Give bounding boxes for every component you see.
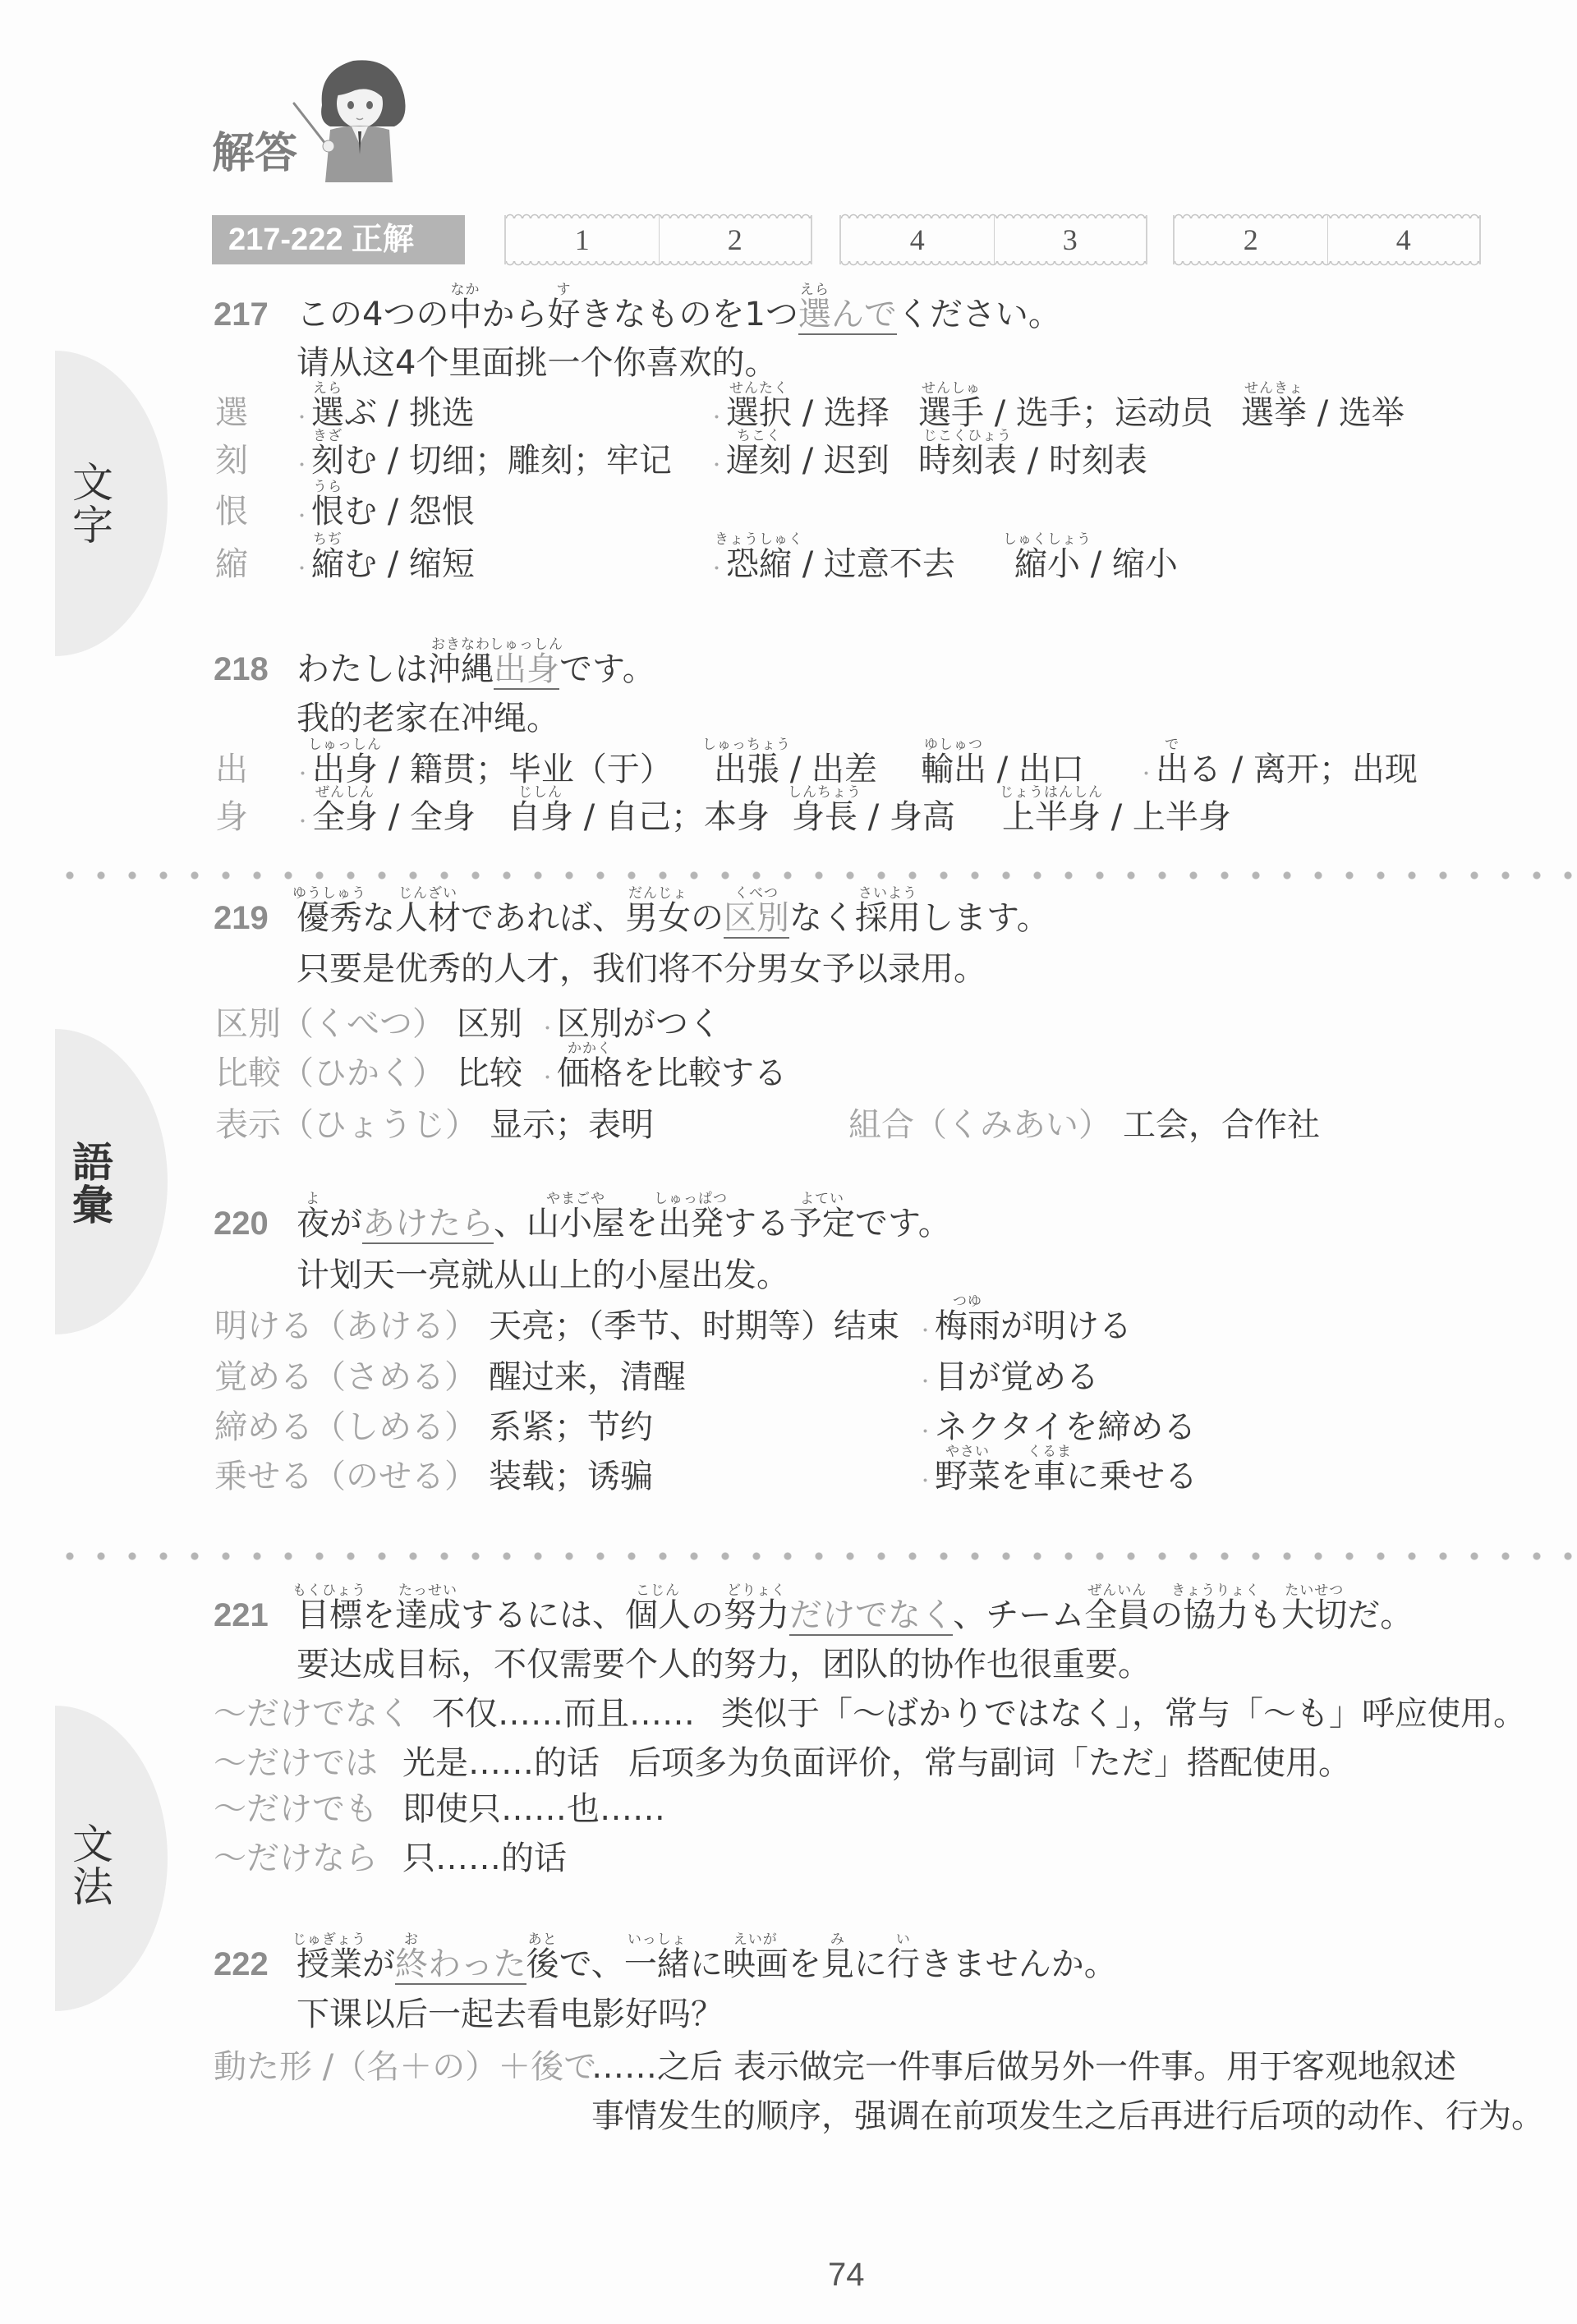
bullet: ・ xyxy=(292,446,311,487)
ruby-word: お終 xyxy=(395,1944,428,1985)
ruby-word: くるま車 xyxy=(1033,1456,1066,1497)
translation-text: 我的老家在冲绳。 xyxy=(297,700,559,737)
ruby-base: 夜 xyxy=(297,1205,329,1242)
ruby-base: 出発 xyxy=(658,1205,724,1242)
answer-cell-221: 2 xyxy=(1175,215,1327,264)
ruby-word: しんちょう身長 xyxy=(792,797,857,838)
side-tab-goi: 語彙 xyxy=(55,1029,168,1334)
furigana: たっせい xyxy=(398,1584,457,1598)
text-segment: を比較する xyxy=(623,1054,787,1092)
furigana: しゅっぱつ xyxy=(654,1192,728,1206)
grammar-meaning-text: ……之后 xyxy=(591,2048,723,2086)
vocab-item: ・で出る / 离开；出现 xyxy=(1137,749,1418,790)
furigana: しゅっしん xyxy=(308,738,382,752)
text-segment: を xyxy=(625,1205,658,1242)
ruby-base: 時刻表 xyxy=(918,442,1017,480)
ruby-word: じんざい人材 xyxy=(395,898,461,939)
text-segment: の xyxy=(691,899,724,937)
furigana: あと xyxy=(528,1933,558,1947)
grammar-meaning: 光是……的话 xyxy=(402,1743,600,1784)
furigana: こじん xyxy=(636,1584,680,1598)
furigana: かかく xyxy=(568,1042,612,1056)
ruby-base: 好 xyxy=(547,296,580,333)
ruby-word: きざ刻 xyxy=(311,440,344,481)
meaning: / 身高 xyxy=(857,798,955,836)
furigana: なか xyxy=(450,283,480,297)
furigana: じこくひょう xyxy=(923,429,1012,443)
text-segment: 、 xyxy=(494,1205,526,1242)
text-segment: します。 xyxy=(921,899,1050,937)
furigana: いっしょ xyxy=(628,1933,687,1947)
question-sentence: わたしはおきなわ沖縄しゅっしん出身です。 xyxy=(297,649,655,690)
grammar-pattern: ～だけでなく xyxy=(214,1693,411,1734)
vocab-meaning: 醒过来，清醒 xyxy=(489,1358,686,1396)
ruby-base: 梅雨 xyxy=(935,1307,1000,1345)
grammar-pattern: ～だけでも xyxy=(214,1789,378,1830)
meaning: / 离开；出现 xyxy=(1221,751,1418,788)
meaning: / 自己；本身 xyxy=(573,798,770,836)
hand xyxy=(323,140,334,152)
ruby-word: たっせい達成 xyxy=(395,1595,461,1636)
text-segment: な xyxy=(362,899,395,937)
ruby-word: じこくひょう時刻表 xyxy=(918,440,1017,481)
text-segment: きませんか。 xyxy=(920,1945,1117,1983)
underlined-answer: しゅっしん出身 xyxy=(494,650,559,690)
grammar-pattern-text: ～だけでなく xyxy=(214,1695,411,1733)
ruby-base: 選手 xyxy=(918,394,984,432)
vocab-item: じょうはんしん上半身 / 上半身 xyxy=(1002,797,1231,838)
text-segment: だけでなく xyxy=(789,1596,953,1634)
ruby-base: 遅刻 xyxy=(726,442,792,480)
furigana: す xyxy=(556,283,571,297)
grammar-note-text: 类似于「～ばかりではなく」，常与「～も」呼应使用。 xyxy=(721,1695,1526,1733)
furigana: お xyxy=(404,1933,419,1947)
ruby-word: やまごや山小屋 xyxy=(526,1203,625,1244)
bullet: ・ xyxy=(707,549,726,590)
vocab-term: 締める（しめる） xyxy=(214,1408,477,1446)
eye-left xyxy=(347,101,354,109)
text-segment: を xyxy=(1000,1458,1033,1495)
ruby-word: どりょく努力 xyxy=(724,1595,789,1636)
vocab-item: ・うら恨む / 怨恨 xyxy=(292,491,475,532)
kanji-label: 選 xyxy=(215,393,248,434)
answer-cell-220: 3 xyxy=(994,215,1147,264)
text-segment: も xyxy=(1248,1596,1281,1634)
ruby-base: 車 xyxy=(1033,1458,1066,1495)
ruby-base: 終 xyxy=(395,1945,428,1983)
ruby-word: さいよう採用 xyxy=(855,898,921,939)
furigana: しゅっちょう xyxy=(702,738,791,752)
text-segment: に乗せる xyxy=(1066,1458,1198,1495)
meaning: / 怨恨 xyxy=(377,493,475,530)
text-segment: を xyxy=(788,1945,821,1983)
ruby-base: 映画 xyxy=(723,1945,788,1983)
ruby-base: 野菜 xyxy=(935,1458,1000,1495)
ruby-base: 自身 xyxy=(508,798,573,836)
vocab-term: 比較（ひかく） xyxy=(215,1054,445,1092)
meaning: / 挑选 xyxy=(377,394,475,432)
ruby-base: 出身 xyxy=(312,751,378,788)
ruby-word: じょうはんしん上半身 xyxy=(1002,797,1101,838)
vocab-term: 組合（くみあい） xyxy=(848,1106,1111,1144)
vocab-example: ・かかく価格を比較する xyxy=(538,1053,787,1094)
meaning: / 选择 xyxy=(792,394,890,432)
ruby-base: 選挙 xyxy=(1241,394,1307,432)
bullet: ・ xyxy=(292,398,311,439)
furigana: ぜんいん xyxy=(1087,1584,1147,1598)
vocab-item: じこくひょう時刻表 / 时刻表 xyxy=(918,440,1147,481)
vocab-entry: 表示（ひょうじ）显示；表明 xyxy=(215,1105,654,1146)
ruby-base: 全身 xyxy=(312,798,378,836)
meaning: / 选手；运动员 xyxy=(984,394,1213,432)
underlined-answer: えら選んで xyxy=(798,296,897,335)
text-segment: だ。 xyxy=(1347,1596,1413,1634)
vocab-term: 明ける（あける） xyxy=(214,1307,477,1345)
ruby-base: 協力 xyxy=(1183,1596,1248,1634)
translation: 只要是优秀的人才，我们将不分男女予以录用。 xyxy=(297,948,986,990)
furigana: さいよう xyxy=(858,887,917,901)
bullet: ・ xyxy=(916,1412,935,1454)
ruby-base: 出身 xyxy=(494,650,559,688)
vocab-example: ・ネクタイを締める xyxy=(916,1407,1196,1448)
vocab-entry: 区別（くべつ）区别 xyxy=(215,1004,522,1045)
vocab-meaning: 工会，合作社 xyxy=(1123,1106,1320,1144)
vocab-item: ・ちぢ縮む / 缩短 xyxy=(292,544,475,585)
furigana: どりょく xyxy=(727,1584,786,1598)
vocab-meaning: 天亮；（季节、时期等）结束 xyxy=(489,1307,899,1345)
ruby-word: で出 xyxy=(1156,749,1188,790)
bullet: ・ xyxy=(293,802,312,843)
okurigana: む xyxy=(344,545,377,583)
vocab-meaning: 比较 xyxy=(457,1054,522,1092)
ruby-base: 予定 xyxy=(789,1205,855,1242)
ruby-base: 区別 xyxy=(724,899,789,937)
ruby-word: す好 xyxy=(547,294,580,335)
furigana: しゅっしん xyxy=(490,638,563,652)
vocab-term: 表示（ひょうじ） xyxy=(215,1106,478,1144)
vocab-item: ・きざ刻む / 切细；雕刻；牢记 xyxy=(292,440,672,481)
text-segment: なく xyxy=(789,899,855,937)
grammar-pattern: ～だけなら xyxy=(214,1838,378,1879)
grammar-pattern: ～だけでは xyxy=(214,1743,378,1784)
question-sentence: よ夜があけたら、やまごや山小屋をしゅっぱつ出発するよてい予定です。 xyxy=(297,1203,951,1244)
furigana: ゆしゅつ xyxy=(924,738,983,752)
ruby-base: 採用 xyxy=(855,899,921,937)
vocab-meaning: 显示；表明 xyxy=(490,1106,654,1144)
ruby-base: 個人 xyxy=(625,1596,691,1634)
ruby-word: かかく価格 xyxy=(557,1053,623,1094)
vocab-entry: 明ける（あける）天亮；（季节、时期等）结束 xyxy=(214,1306,899,1347)
grammar-note: 事情发生的顺序，强调在前项发生之后再进行后项的动作、行为。 xyxy=(591,2096,1544,2137)
furigana: じょうはんしん xyxy=(1000,786,1103,800)
ruby-word: ゆうしゅう優秀 xyxy=(297,898,362,939)
text-segment: わたしは xyxy=(297,650,428,688)
meaning: / 切细；雕刻；牢记 xyxy=(377,442,672,480)
vocab-item: しんちょう身長 / 身高 xyxy=(792,797,955,838)
furigana: えら xyxy=(800,283,830,297)
ruby-base: 刻 xyxy=(311,442,344,480)
ruby-base: 男女 xyxy=(625,899,691,937)
furigana: もくひょう xyxy=(292,1584,366,1598)
meaning: / 出口 xyxy=(986,751,1084,788)
translation-text: 计划天一亮就从山上的小屋出发。 xyxy=(297,1256,789,1294)
kanji-label-text: 身 xyxy=(215,798,248,836)
question-number: 218 xyxy=(214,649,269,690)
furigana: たいせつ xyxy=(1285,1584,1344,1598)
ruby-base: 選 xyxy=(798,296,831,333)
vocab-example: ・目が覚める xyxy=(916,1357,1099,1398)
ruby-base: 努力 xyxy=(724,1596,789,1634)
text-segment: の xyxy=(691,1596,724,1634)
ruby-base: 恨 xyxy=(311,493,344,530)
ruby-base: 目標 xyxy=(297,1596,362,1634)
text-segment: であれば、 xyxy=(461,899,625,937)
bullet: ・ xyxy=(707,446,726,487)
ruby-word: ぜんしん全身 xyxy=(312,797,378,838)
ruby-word: あと後 xyxy=(526,1944,559,1985)
answer-cell-218: 2 xyxy=(659,215,811,264)
vocab-meaning: 系紧；节约 xyxy=(489,1408,653,1446)
translation-text: 只要是优秀的人才，我们将不分男女予以录用。 xyxy=(297,950,986,988)
vocab-term: 区別（くべつ） xyxy=(215,1005,445,1043)
ruby-word: ぜんいん全員 xyxy=(1084,1595,1150,1636)
text-segment: この4つの xyxy=(297,296,448,333)
dotted-separator xyxy=(54,870,1577,880)
grammar-meaning: ……之后 xyxy=(591,2046,723,2087)
meaning: / 选举 xyxy=(1307,394,1405,432)
okurigana: む xyxy=(344,493,377,530)
ruby-base: 沖縄 xyxy=(428,650,494,688)
answer-cell-217: 1 xyxy=(506,215,659,264)
eye-right xyxy=(366,101,373,109)
grammar-pattern-text: ～だけでも xyxy=(214,1790,378,1828)
translation: 计划天一亮就从山上的小屋出发。 xyxy=(297,1255,789,1296)
ruby-word: じしん自身 xyxy=(508,797,573,838)
furigana: えら xyxy=(313,382,343,396)
ruby-base: 選択 xyxy=(726,394,792,432)
furigana: み xyxy=(830,1933,845,1947)
meaning: / 上半身 xyxy=(1101,798,1231,836)
furigana: ぜんしん xyxy=(315,786,375,800)
vocab-term: 覚める（さめる） xyxy=(214,1358,477,1396)
grammar-note: 类似于「～ばかりではなく」，常与「～も」呼应使用。 xyxy=(721,1693,1526,1734)
grammar-pattern-text: ～だけなら xyxy=(214,1839,378,1877)
grammar-meaning-text: 即使只……也…… xyxy=(402,1790,665,1828)
text-segment: に xyxy=(690,1945,723,1983)
grammar-pattern-text: 動た形 /（名＋の）＋後で xyxy=(214,2048,596,2086)
furigana: きょうりょく xyxy=(1171,1584,1260,1598)
furigana: やまごや xyxy=(546,1192,605,1206)
vocab-example: ・つゆ梅雨が明ける xyxy=(916,1306,1132,1347)
vocab-entry: 組合（くみあい）工会，合作社 xyxy=(848,1105,1320,1146)
ruby-word: じゅぎょう授業 xyxy=(297,1944,362,1985)
furigana: だんじょ xyxy=(628,887,687,901)
vocab-item: しゅくしょう縮小 / 缩小 xyxy=(1014,544,1178,585)
ruby-word: よてい予定 xyxy=(789,1203,855,1244)
vocab-term: 乗せる（のせる） xyxy=(214,1458,477,1495)
translation-text: 下课以后一起去看电影好吗？ xyxy=(297,1996,724,2033)
dotted-separator xyxy=(54,1551,1577,1561)
vocab-example: ・区別がつく xyxy=(538,1004,721,1045)
question-number: 222 xyxy=(214,1944,269,1985)
meaning: / 全身 xyxy=(378,798,476,836)
answer-cell-222: 4 xyxy=(1327,215,1480,264)
furigana: きざ xyxy=(313,429,343,443)
question-number: 219 xyxy=(214,898,269,939)
ruby-word: よ夜 xyxy=(297,1203,329,1244)
grammar-meaning: 即使只……也…… xyxy=(402,1789,665,1830)
ruby-base: 中 xyxy=(448,296,481,333)
furigana: つゆ xyxy=(953,1295,982,1309)
ruby-word: しゅくしょう縮小 xyxy=(1014,544,1080,585)
text-segment: するには、 xyxy=(461,1596,625,1634)
vocab-entry: 締める（しめる）系紧；节约 xyxy=(214,1407,653,1448)
bullet: ・ xyxy=(292,497,311,538)
ruby-base: 縮小 xyxy=(1014,545,1080,583)
ruby-base: 見 xyxy=(821,1945,854,1983)
vocab-item: ・きょうしゅく恐縮 / 过意不去 xyxy=(707,544,955,585)
ruby-word: つゆ梅雨 xyxy=(935,1306,1000,1347)
furigana: おきなわ xyxy=(431,638,490,652)
bullet: ・ xyxy=(292,549,311,590)
furigana: ちこく xyxy=(737,429,781,443)
furigana: せんしゅ xyxy=(922,382,981,396)
side-tab-label: 語彙 xyxy=(71,1141,114,1227)
underlined-answer: だけでなく xyxy=(789,1596,953,1636)
okurigana: る xyxy=(1188,751,1221,788)
ruby-word: ちぢ縮 xyxy=(311,544,344,585)
ruby-base: 後 xyxy=(526,1945,559,1983)
vocab-entry: 乗せる（のせる）装载；诱骗 xyxy=(214,1456,653,1497)
bullet: ・ xyxy=(1137,755,1156,796)
bullet: ・ xyxy=(538,1059,557,1100)
grammar-pattern: 動た形 /（名＋の）＋後で xyxy=(214,2046,596,2087)
text-segment: で、 xyxy=(559,1945,624,1983)
grammar-note-text: 表示做完一件事后做另外一件事。用于客观地叙述 xyxy=(733,2048,1456,2086)
answer-group-2: 4 3 xyxy=(839,215,1147,264)
furigana: えいが xyxy=(733,1933,778,1947)
ruby-base: 一緒 xyxy=(624,1945,690,1983)
furigana: で xyxy=(1165,738,1179,752)
ruby-word: やさい野菜 xyxy=(935,1456,1000,1497)
vocab-entry: 比較（ひかく）比较 xyxy=(215,1053,522,1094)
bullet: ・ xyxy=(707,398,726,439)
text-segment: んで xyxy=(831,296,897,333)
ruby-word: たいせつ大切 xyxy=(1281,1595,1347,1636)
vocab-item: せんきょ選挙 / 选举 xyxy=(1241,393,1405,434)
grammar-note: 表示做完一件事后做另外一件事。用于客观地叙述 xyxy=(733,2046,1456,2087)
question-sentence: もくひょう目標をたっせい達成するには、こじん個人のどりょく努力だけでなく、チーム… xyxy=(297,1595,1413,1636)
text-segment: きなものを1つ xyxy=(580,296,798,333)
ruby-base: 授業 xyxy=(297,1945,362,1983)
teacher-illustration xyxy=(289,54,412,204)
question-sentence: この4つのなか中からす好きなものを1つえら選んでください。 xyxy=(297,294,1061,335)
answer-group-1: 1 2 xyxy=(504,215,812,264)
meaning: / 出差 xyxy=(779,751,877,788)
furigana: よてい xyxy=(800,1192,844,1206)
ruby-base: 縮 xyxy=(311,545,344,583)
ruby-word: きょうりょく協力 xyxy=(1183,1595,1248,1636)
kanji-label: 刻 xyxy=(215,440,248,481)
page-number: 74 xyxy=(828,2254,865,2295)
underlined-answer: くべつ区別 xyxy=(724,899,789,939)
ruby-base: 価格 xyxy=(557,1054,623,1092)
okurigana: ぶ xyxy=(344,394,377,432)
side-tab-label: 文法 xyxy=(71,1823,114,1908)
vocab-meaning: 装载；诱骗 xyxy=(489,1458,653,1495)
furigana: せんたく xyxy=(729,382,788,396)
text-segment: が明ける xyxy=(1000,1307,1132,1345)
text-segment: が xyxy=(329,1205,362,1242)
ruby-word: もくひょう目標 xyxy=(297,1595,362,1636)
ruby-word: しゅっしん出身 xyxy=(494,649,559,690)
grammar-note-text: 后项多为负面评价，常与副词「ただ」搭配使用。 xyxy=(628,1744,1351,1782)
ruby-base: 優秀 xyxy=(297,899,362,937)
grammar-meaning: 不仅……而且…… xyxy=(432,1693,695,1734)
text-segment: を xyxy=(362,1596,395,1634)
furigana: じゅぎょう xyxy=(292,1933,366,1947)
kanji-label-text: 縮 xyxy=(215,545,248,583)
kanji-label: 縮 xyxy=(215,544,248,585)
text-segment: です。 xyxy=(559,650,655,688)
bullet: ・ xyxy=(538,1009,557,1050)
text-segment: 、チーム xyxy=(953,1596,1084,1634)
grammar-meaning-text: 不仅……而且…… xyxy=(432,1695,695,1733)
question-number: 217 xyxy=(214,294,269,335)
text-segment: する xyxy=(724,1205,789,1242)
meaning: / 迟到 xyxy=(792,442,890,480)
vocab-item: ・せんたく選択 / 选择 xyxy=(707,393,890,434)
underlined-answer: あけたら xyxy=(362,1205,494,1244)
text-segment: わった xyxy=(428,1945,526,1983)
answer-group-3: 2 4 xyxy=(1173,215,1481,264)
ruby-word: せんきょ選挙 xyxy=(1241,393,1307,434)
meaning: / 缩短 xyxy=(377,545,475,583)
furigana: しゅくしょう xyxy=(1003,533,1092,547)
ruby-base: 輸出 xyxy=(921,751,986,788)
ruby-base: 恐縮 xyxy=(726,545,792,583)
side-tab-moji: 文字 xyxy=(55,351,168,656)
underlined-answer: お終わった xyxy=(395,1945,526,1985)
question-sentence: ゆうしゅう優秀なじんざい人材であれば、だんじょ男女のくべつ区別なくさいよう採用し… xyxy=(297,898,1050,939)
ruby-base: 出張 xyxy=(714,751,779,788)
grammar-meaning: 只……的话 xyxy=(402,1838,567,1879)
ruby-word: えいが映画 xyxy=(723,1944,788,1985)
translation: 请从这4个里面挑一个你喜欢的。 xyxy=(297,342,777,384)
grammar-meaning-text: 光是……的话 xyxy=(402,1744,600,1782)
ruby-word: きょうしゅく恐縮 xyxy=(726,544,792,585)
answer-range-label: 217-222 正解 xyxy=(212,215,465,264)
text-segment: の xyxy=(1150,1596,1183,1634)
question-number: 220 xyxy=(214,1203,269,1244)
question-sentence: じゅぎょう授業がお終わったあと後で、いっしょ一緒にえいが映画をみ見にい行きません… xyxy=(297,1944,1117,1985)
kanji-label: 身 xyxy=(215,797,248,838)
ruby-base: 選 xyxy=(311,394,344,432)
vocab-entry: 覚める（さめる）醒过来，清醒 xyxy=(214,1357,686,1398)
ruby-word: だんじょ男女 xyxy=(625,898,691,939)
ruby-word: み見 xyxy=(821,1944,854,1985)
meaning: / 过意不去 xyxy=(792,545,955,583)
grammar-note-text: 事情发生的顺序，强调在前项发生之后再进行后项的动作、行为。 xyxy=(591,2097,1544,2135)
kanji-label-text: 出 xyxy=(215,751,248,788)
bullet: ・ xyxy=(916,1462,935,1503)
ruby-base: 身長 xyxy=(792,798,857,836)
ruby-word: こじん個人 xyxy=(625,1595,691,1636)
vocab-meaning: 区别 xyxy=(457,1005,522,1043)
ruby-word: いっしょ一緒 xyxy=(624,1944,690,1985)
furigana: ちぢ xyxy=(313,533,343,547)
text-segment: ください。 xyxy=(897,296,1061,333)
